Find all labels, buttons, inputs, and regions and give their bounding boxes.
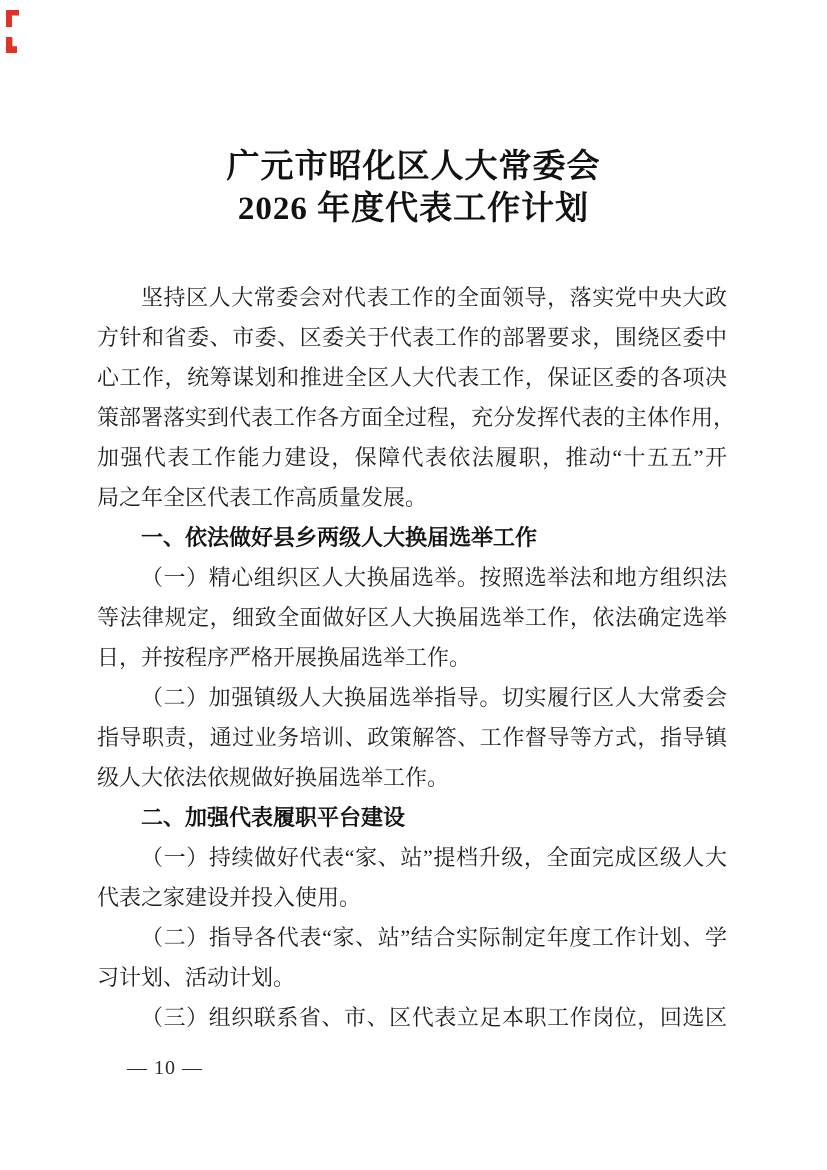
body-line: 方针和省委、市委、区委关于代表工作的部署要求，围绕区委中 <box>97 318 727 358</box>
body-line: 等法律规定，细致全面做好区人大换届选举工作，依法确定选举 <box>97 598 727 638</box>
body-line: 日，并按程序严格开展换届选举工作。 <box>97 638 727 678</box>
document-body: 坚持区人大常委会对代表工作的全面领导，落实党中央大政方针和省委、市委、区委关于代… <box>97 278 727 1038</box>
page-number: — 10 — <box>127 1056 203 1080</box>
body-line: 坚持区人大常委会对代表工作的全面领导，落实党中央大政 <box>97 278 727 318</box>
body-line: 策部署落实到代表工作各方面全过程，充分发挥代表的主体作用， <box>97 398 727 438</box>
red-stamp-fragment <box>6 37 17 53</box>
body-line: 加强代表工作能力建设，保障代表依法履职，推动“十五五”开 <box>97 438 727 478</box>
body-line: （二）指导各代表“家、站”结合实际制定年度工作计划、学 <box>97 918 727 958</box>
document-title: 广元市昭化区人大常委会 2026 年度代表工作计划 <box>0 146 827 230</box>
title-line-2: 2026 年度代表工作计划 <box>0 188 827 230</box>
heading-line: 二、加强代表履职平台建设 <box>97 798 727 838</box>
body-line: （一）持续做好代表“家、站”提档升级，全面完成区级人大 <box>97 838 727 878</box>
title-line-1: 广元市昭化区人大常委会 <box>0 146 827 188</box>
body-line: 习计划、活动计划。 <box>97 958 727 998</box>
red-stamp-fragment <box>6 10 19 27</box>
body-line: （三）组织联系省、市、区代表立足本职工作岗位，回选区 <box>97 998 727 1038</box>
body-line: （二）加强镇级人大换届选举指导。切实履行区人大常委会 <box>97 678 727 718</box>
body-line: 心工作，统筹谋划和推进全区人大代表工作，保证区委的各项决 <box>97 358 727 398</box>
body-line: 代表之家建设并投入使用。 <box>97 878 727 918</box>
heading-line: 一、依法做好县乡两级人大换届选举工作 <box>97 518 727 558</box>
document-page: 广元市昭化区人大常委会 2026 年度代表工作计划 坚持区人大常委会对代表工作的… <box>0 0 827 1170</box>
body-line: （一）精心组织区人大换届选举。按照选举法和地方组织法 <box>97 558 727 598</box>
body-line: 指导职责，通过业务培训、政策解答、工作督导等方式，指导镇 <box>97 718 727 758</box>
body-line: 级人大依法依规做好换届选举工作。 <box>97 758 727 798</box>
body-line: 局之年全区代表工作高质量发展。 <box>97 478 727 518</box>
